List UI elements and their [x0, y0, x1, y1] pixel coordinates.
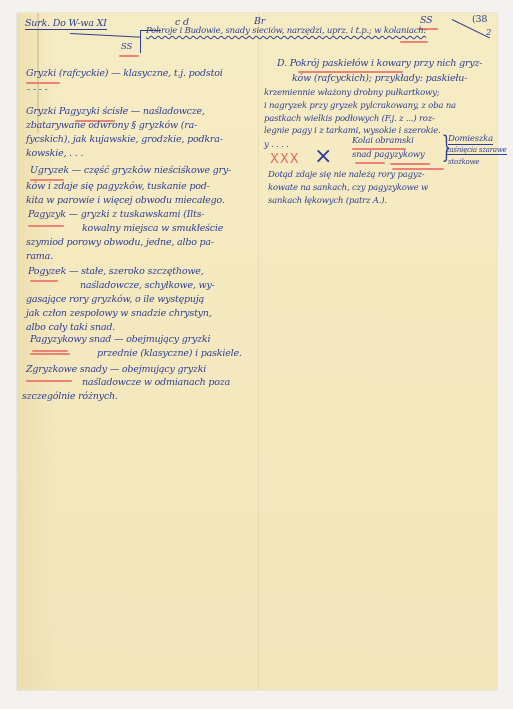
cross-mark: ×: [314, 144, 332, 169]
right-line-14: kowate na sankach, czy pagyzykowe w: [268, 183, 428, 193]
line-10: Pagyzyk — gryzki z tuskawskami (Ilts-: [28, 209, 204, 220]
right-line-11: zaśnięcia szarawe: [446, 146, 507, 155]
right-line-4: i nagryzek przy gryzek pylcrakowany, z o…: [264, 101, 456, 111]
right-line-8: Domieszka: [448, 134, 493, 145]
red-underline: [28, 225, 64, 227]
line-14: Pogyzek — stałe, szeroko szczęthowe,: [28, 266, 204, 277]
right-line-3: krzemiennie włażony drobny pułkartkowy;: [264, 88, 439, 98]
heading-mark: SS: [121, 42, 132, 52]
line-7: Ugryzek — część gryzków nieściśkowe gry-: [30, 165, 231, 176]
right-line-10: snad pagyzykowy: [352, 150, 424, 160]
header-section-mark: SS: [420, 15, 432, 26]
right-line-13: Dotąd zdaje się nie należą rory pagyz-: [268, 170, 424, 180]
right-line-5: pastkach wielkis podłowych (F.j. z ...) …: [264, 114, 435, 124]
line-17: jak człon zespołowy w snadzie chrystyn,: [26, 308, 212, 319]
line-6: kowskie, . . .: [26, 148, 83, 159]
line-22: naśladowcze w odmianach poza: [82, 377, 230, 388]
line-9: kita w parowie i więcej obwodu miecałego…: [26, 195, 225, 206]
red-underline: [355, 162, 385, 164]
line-13: rama.: [26, 251, 53, 262]
line-19: Pagyzykowy snad — obejmujący gryzki: [30, 334, 210, 345]
red-underline: [390, 163, 430, 165]
red-underline: [30, 353, 70, 355]
line-23: szczególnie różnych.: [22, 391, 118, 402]
right-line-15: sankach łękowych (patrz A.).: [268, 196, 387, 206]
right-line-9: y . . . .: [264, 140, 289, 150]
heading-text: Pokroje i Budowie, snady sieciów, narzęd…: [146, 26, 426, 36]
line-16: gasające rory gryzków, o ile występują: [26, 294, 204, 305]
red-underline: [400, 41, 428, 43]
line-4: zbatarywane odwrony § gryzków (ra-: [26, 120, 197, 131]
line-20: przednie (klasyczne) i paskiele.: [97, 348, 242, 359]
line-5: fycskich), jak kujawskie, grodzkie, podk…: [26, 134, 223, 145]
right-line-7: Kolai obramski: [352, 136, 414, 146]
line-2: - - - -: [27, 84, 48, 95]
red-underline: [32, 350, 68, 352]
line-1: Gryzki (rafcyckie) — klasyczne, t.j. pod…: [26, 68, 223, 79]
line-21: Zgryzkowe snady — obejmujący gryzki: [26, 364, 206, 375]
line-18: albo cały taki snad.: [26, 322, 115, 333]
page-number: (38: [472, 14, 487, 25]
right-line-12: stożkowe: [448, 158, 479, 166]
header-ref: Surk. Do W-wa XI: [25, 18, 107, 29]
line-15: naśladowcze, schyłkowe, wy-: [80, 280, 215, 291]
red-xxx-mark: XXX: [270, 152, 300, 167]
line-12: szymiod porowy obwodu, jedne, albo pa-: [26, 237, 214, 248]
paper-fold: [258, 13, 259, 690]
right-line-2: ków (rafcyckich); przykłady: paskiełu-: [292, 73, 467, 84]
red-underline: [26, 380, 72, 382]
line-3: Gryzki Pagyzyki ścisłe — naśladowcze,: [26, 106, 205, 117]
right-line-6: legnie pagy i z tarkami, wysokie i szero…: [264, 126, 441, 136]
right-line-1: D. Pokrój paskiełów i kowary przy nich g…: [277, 58, 482, 69]
red-underline: [30, 280, 58, 282]
red-underline: [119, 55, 139, 57]
line-8: ków i zdaje się pagyzków, tuskanie pod-: [26, 181, 210, 192]
line-11: kowalny miejsca w smukłeście: [82, 223, 223, 234]
